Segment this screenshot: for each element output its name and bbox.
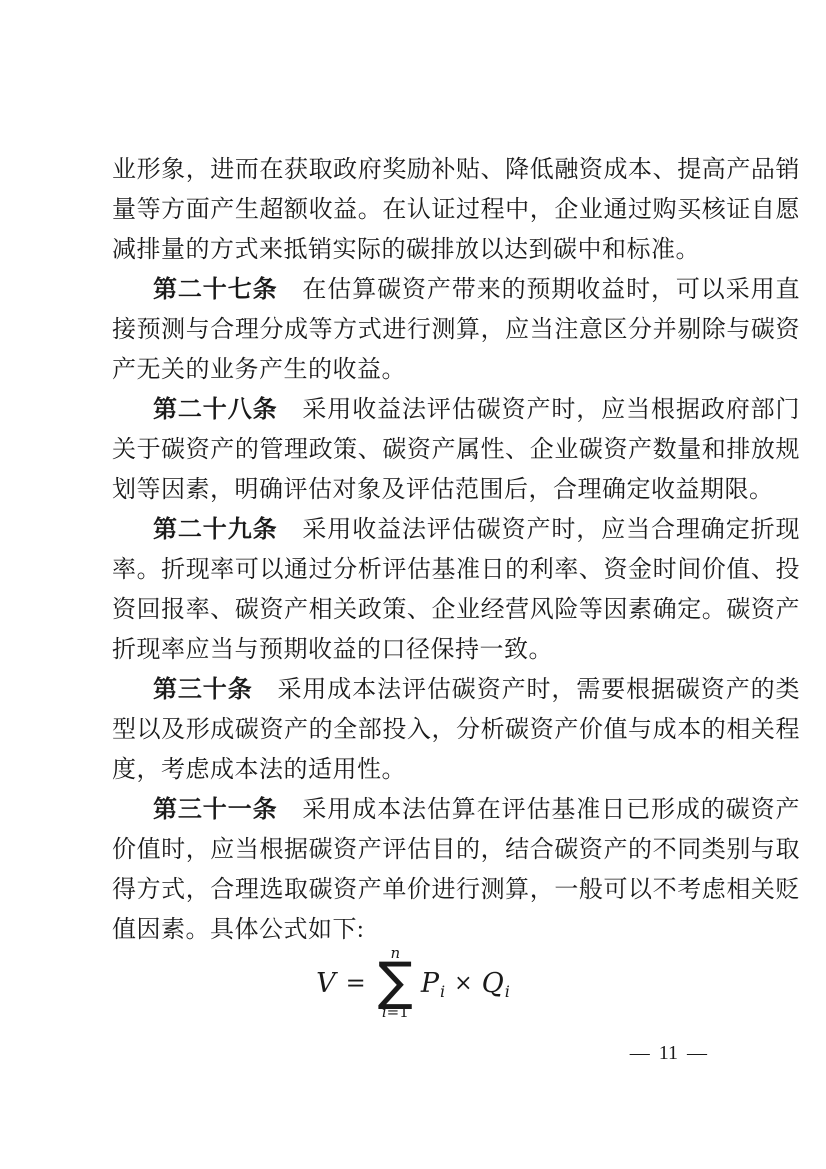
summation-lower-rest: =1	[387, 1003, 409, 1021]
body-text: 业形象，进而在获取政府奖励补贴、降低融资成本、提高产品销	[112, 157, 800, 183]
formula-term-price: Pi	[421, 968, 445, 999]
article-number: 第二十九条	[153, 517, 278, 543]
article-number: 第二十八条	[153, 397, 278, 423]
text-line: 资回报率、碳资产相关政策、企业经营风险等因素确定。碳资产	[112, 590, 800, 630]
text-line: 量等方面产生超额收益。在认证过程中，企业通过购买核证自愿	[112, 190, 800, 230]
text-line: 第二十九条 采用收益法评估碳资产时，应当合理确定折现	[112, 510, 800, 550]
text-line: 产无关的业务产生的收益。	[112, 350, 800, 390]
text-line: 第二十七条 在估算碳资产带来的预期收益时，可以采用直	[112, 270, 800, 310]
summation-lower-limit: i=1	[382, 1004, 409, 1020]
article-number: 第三十条	[153, 677, 253, 703]
body-text: 关于碳资产的管理政策、碳资产属性、企业碳资产数量和排放规	[112, 437, 800, 463]
text-line: 第三十一条 采用成本法估算在评估基准日已形成的碳资产	[112, 790, 800, 830]
body-text: 值因素。具体公式如下:	[112, 917, 364, 943]
text-line: 减排量的方式来抵销实际的碳排放以达到碳中和标准。	[112, 230, 800, 270]
text-line: 划等因素，明确评估对象及评估范围后，合理确定收益期限。	[112, 470, 800, 510]
formula-term-quantity: Qi	[482, 968, 510, 999]
text-line: 型以及形成碳资产的全部投入，分析碳资产价值与成本的相关程	[112, 710, 800, 750]
page-number-value: 11	[659, 1042, 678, 1064]
body-text: 减排量的方式来抵销实际的碳排放以达到碳中和标准。	[112, 237, 700, 263]
article-number: 第二十七条	[153, 277, 278, 303]
text-line: 第三十条 采用成本法评估碳资产时，需要根据碳资产的类	[112, 670, 800, 710]
summation-sigma-icon: ∑	[378, 960, 413, 1004]
summation: n ∑ i=1	[378, 946, 413, 1020]
body-text: 价值时，应当根据碳资产评估目的，结合碳资产的不同类别与取	[112, 837, 800, 863]
text-line: 得方式，合理选取碳资产单价进行测算，一般可以不考虑相关贬	[112, 870, 800, 910]
body-text: 划等因素，明确评估对象及评估范围后，合理确定收益期限。	[112, 477, 774, 503]
formula-multiply-sign: ×	[454, 971, 472, 996]
text-line: 率。折现率可以通过分析评估基准日的利率、资金时间价值、投	[112, 550, 800, 590]
body-text: 量等方面产生超额收益。在认证过程中，企业通过购买核证自愿	[112, 197, 800, 223]
formula-term-price-base: P	[421, 968, 439, 999]
body-text: 采用收益法评估碳资产时，应当根据政府部门	[278, 397, 801, 423]
body-text: 率。折现率可以通过分析评估基准日的利率、资金时间价值、投	[112, 557, 800, 583]
formula-variable-v: V	[316, 968, 336, 999]
formula-term-quantity-base: Q	[482, 968, 504, 999]
body-text: 采用收益法评估碳资产时，应当合理确定折现	[278, 517, 801, 543]
text-line: 关于碳资产的管理政策、碳资产属性、企业碳资产数量和排放规	[112, 430, 800, 470]
document-page: 业形象，进而在获取政府奖励补贴、降低融资成本、提高产品销量等方面产生超额收益。在…	[0, 0, 826, 1169]
cost-method-formula: V = n ∑ i=1 Pi × Qi	[0, 942, 826, 1024]
article-number: 第三十一条	[153, 797, 278, 823]
formula-term-price-sub: i	[440, 982, 445, 1001]
body-text: 度，考虑成本法的适用性。	[112, 757, 406, 783]
text-line: 第二十八条 采用收益法评估碳资产时，应当根据政府部门	[112, 390, 800, 430]
text-line: 业形象，进而在获取政府奖励补贴、降低融资成本、提高产品销	[112, 150, 800, 190]
page-number-right-dash: —	[687, 1042, 707, 1064]
text-line: 度，考虑成本法的适用性。	[112, 750, 800, 790]
text-line: 折现率应当与预期收益的口径保持一致。	[112, 630, 800, 670]
body-text: 折现率应当与预期收益的口径保持一致。	[112, 637, 553, 663]
text-line: 接预测与合理分成等方式进行测算，应当注意区分并剔除与碳资	[112, 310, 800, 350]
text-line: 价值时，应当根据碳资产评估目的，结合碳资产的不同类别与取	[112, 830, 800, 870]
page-number-left-dash: —	[630, 1042, 650, 1064]
body-text: 产无关的业务产生的收益。	[112, 357, 406, 383]
body-text: 采用成本法评估碳资产时，需要根据碳资产的类	[253, 677, 800, 703]
formula-term-quantity-sub: i	[505, 982, 510, 1001]
formula-equals-sign: =	[346, 969, 366, 997]
body-text: 采用成本法估算在评估基准日已形成的碳资产	[278, 797, 801, 823]
page-number: — 11 —	[630, 1042, 707, 1064]
body-text: 得方式，合理选取碳资产单价进行测算，一般可以不考虑相关贬	[112, 877, 800, 903]
body-text: 接预测与合理分成等方式进行测算，应当注意区分并剔除与碳资	[112, 317, 800, 343]
document-body: 业形象，进而在获取政府奖励补贴、降低融资成本、提高产品销量等方面产生超额收益。在…	[112, 150, 800, 950]
body-text: 资回报率、碳资产相关政策、企业经营风险等因素确定。碳资产	[112, 597, 800, 623]
body-text: 在估算碳资产带来的预期收益时，可以采用直	[278, 277, 801, 303]
body-text: 型以及形成碳资产的全部投入，分析碳资产价值与成本的相关程	[112, 717, 800, 743]
